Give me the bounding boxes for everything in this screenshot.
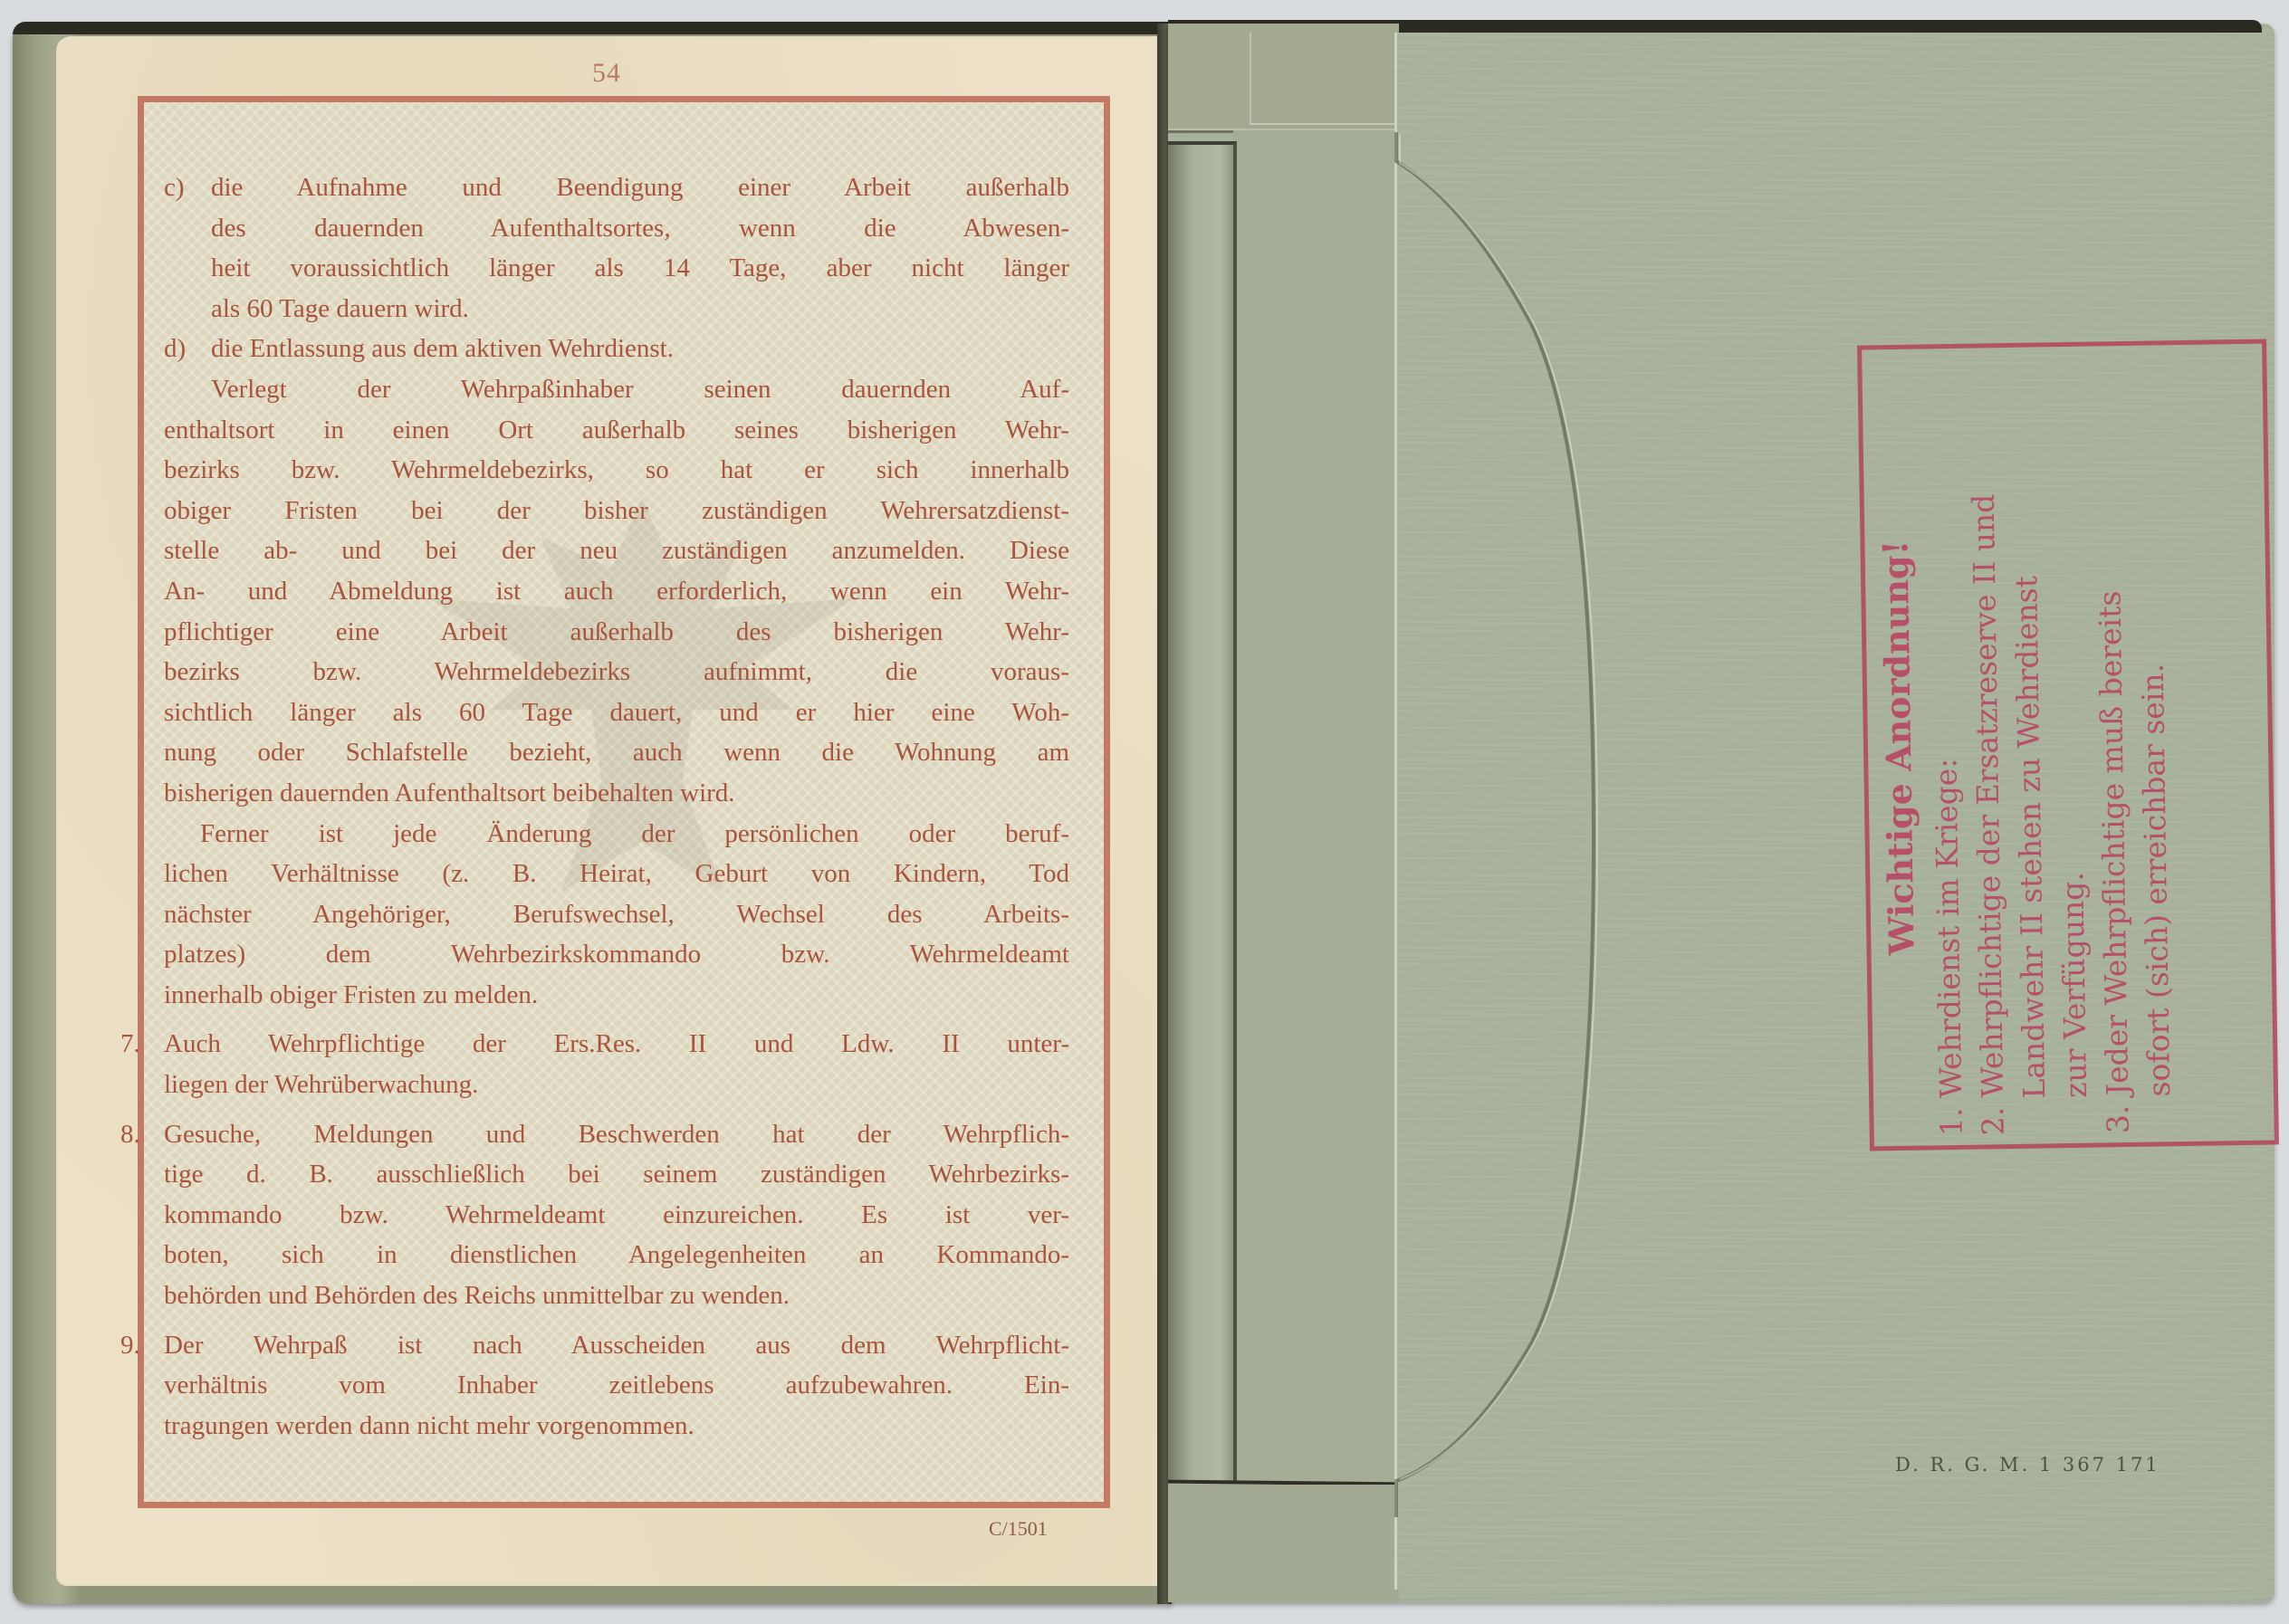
text-line: verhältnis vom Inhaber zeitlebens aufzub… [164, 1365, 1069, 1406]
document-page-left: 54 c) die Aufnahme und Beendigung einer … [56, 36, 1157, 1586]
text-line: An- und Abmeldung ist auch erforderlich,… [164, 571, 1069, 612]
text-line: bezirks bzw. Wehrmeldebezirks aufnimmt, … [164, 652, 1069, 693]
text-line: Der Wehrpaß ist nach Ausscheiden aus dem… [164, 1325, 1069, 1366]
text-line: boten, sich in dienstlichen Angelegenhei… [164, 1235, 1069, 1275]
bottom-flap [1168, 1485, 1399, 1602]
page-number: 54 [56, 58, 1157, 89]
text-line: behörden und Behörden des Reichs unmitte… [164, 1275, 1069, 1316]
paragraph-verlegt-body: enthaltsort in einen Ort außerhalb seine… [164, 410, 1069, 814]
text-frame-border: c) die Aufnahme und Beendigung einer Arb… [138, 96, 1110, 1508]
text-line: bezirks bzw. Wehrmeldebezirks, so hat er… [164, 450, 1069, 491]
paragraph-ferner: Ferner ist jede Änderung der persönliche… [164, 814, 1069, 1016]
text-line: Auch Wehrpflichtige der Ers.Res. II und … [164, 1024, 1069, 1065]
item-number: 8. [120, 1114, 140, 1155]
text-line: Gesuche, Meldungen und Beschwerden hat d… [164, 1114, 1069, 1155]
text-line: die Entlassung aus dem aktiven Wehrdiens… [211, 329, 1069, 369]
text-line: des dauernden Aufenthaltsortes, wenn die… [211, 208, 1069, 249]
text-line: platzes) dem Wehrbezirkskommando bzw. We… [164, 934, 1069, 975]
text-line: obiger Fristen bei der bisher zuständige… [164, 491, 1069, 531]
text-line: nächster Angehöriger, Berufswechsel, Wec… [164, 894, 1069, 935]
text-line: tige d. B. ausschließlich bei seinem zus… [164, 1154, 1069, 1195]
right-cover-board: Wichtige Anordnung! 1. Wehrdienst im Kri… [1168, 24, 2275, 1602]
text-line: pflichtiger eine Arbeit außerhalb des bi… [164, 612, 1069, 653]
paragraph-label: c) [164, 167, 185, 208]
text-line: die Aufnahme und Beendigung einer Arbeit… [211, 167, 1069, 208]
inner-pocket-strip[interactable] [1168, 141, 1237, 1483]
text-line: Verlegt der Wehrpaßinhaber seinen dauern… [211, 369, 1069, 410]
text-line: tragungen werden dann nicht mehr vorgeno… [164, 1406, 1069, 1447]
text-line: stelle ab- und bei der neu zuständigen a… [164, 530, 1069, 571]
paragraph-d: d) die Entlassung aus dem aktiven Wehrdi… [164, 329, 1069, 369]
text-line: enthaltsort in einen Ort außerhalb seine… [164, 410, 1069, 451]
text-line: liegen der Wehrüberwachung. [164, 1065, 1069, 1105]
text-line: bisherigen dauernden Aufenthaltsort beib… [164, 773, 1069, 814]
text-line: heit voraussichtlich länger als 14 Tage,… [211, 248, 1069, 289]
flap-fold [1250, 33, 1396, 125]
stamp-text: Wichtige Anordnung! 1. Wehrdienst im Kri… [1872, 353, 2264, 1137]
top-flap [1168, 24, 1399, 133]
text-line: lichen Verhältnisse (z. B. Heirat, Gebur… [164, 854, 1069, 894]
text-line: kommando bzw. Wehrmeldeamt einzureichen.… [164, 1195, 1069, 1236]
item-number: 7. [120, 1024, 140, 1065]
text-line: sichtlich länger als 60 Tage dauert, und… [164, 693, 1069, 733]
patent-mark: D. R. G. M. 1 367 171 [1895, 1454, 2160, 1476]
form-code: C/1501 [989, 1517, 1048, 1541]
paragraph-verlegt: Verlegt der Wehrpaßinhaber seinen dauern… [164, 369, 1069, 410]
red-ink-stamp: Wichtige Anordnung! 1. Wehrdienst im Kri… [1857, 339, 2279, 1151]
item-9: 9. Der Wehrpaß ist nach Ausscheiden aus … [120, 1325, 1069, 1447]
text-line: innerhalb obiger Fristen zu melden. [164, 975, 1069, 1016]
item-8: 8. Gesuche, Meldungen und Beschwerden ha… [120, 1114, 1069, 1316]
item-7: 7. Auch Wehrpflichtige der Ers.Res. II u… [120, 1024, 1069, 1104]
text-line: nung oder Schlafstelle bezieht, auch wen… [164, 732, 1069, 773]
paragraph-label: d) [164, 329, 186, 369]
pocket-panel [1233, 130, 1396, 1517]
text-line: Ferner ist jede Änderung der persönliche… [164, 814, 1069, 855]
text-line: als 60 Tage dauern wird. [211, 289, 1069, 330]
paragraph-c: c) die Aufnahme und Beendigung einer Arb… [164, 167, 1069, 329]
regulation-text: c) die Aufnahme und Beendigung einer Arb… [164, 167, 1069, 1446]
item-number: 9. [120, 1325, 140, 1366]
stamp-title: Wichtige Anordnung! [1872, 358, 1926, 1138]
inner-cover-panel: Wichtige Anordnung! 1. Wehrdienst im Kri… [1394, 33, 2266, 1590]
